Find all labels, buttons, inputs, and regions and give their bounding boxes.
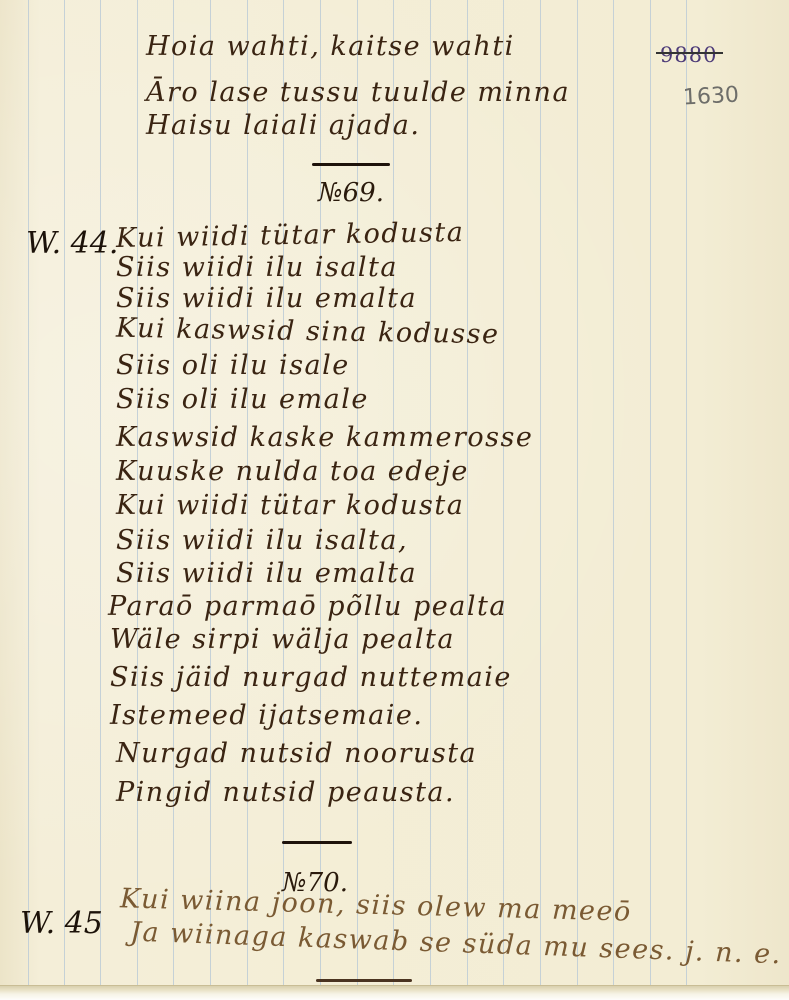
ruled-line [540, 0, 541, 985]
song-number: №69. [318, 178, 384, 208]
song-line: Kuuske nulda toa edeje [116, 458, 469, 485]
ruled-line [28, 0, 29, 985]
song-line: Kui wiidi tütar kodusta [116, 219, 465, 252]
song-line: Siis wiidi ilu isalta, [116, 527, 408, 554]
section-divider [316, 979, 412, 982]
ruled-line [503, 0, 504, 985]
song-line: Pingid nutsid peausta. [116, 779, 455, 806]
ruled-line [577, 0, 578, 985]
manuscript-page: 9880 1630 Hoia wahti, kaitse wahti Āro l… [0, 0, 789, 1000]
song-line: Siis wiidi ilu emalta [116, 560, 417, 587]
song-line: Siis wiidi ilu emalta [116, 285, 417, 312]
song-line: Ja wiinaga kaswab se süda mu sees. j. n.… [130, 919, 782, 969]
song-line: Wäle sirpi wälja pealta [110, 626, 455, 653]
verse-line: Hoia wahti, kaitse wahti [146, 33, 515, 60]
song-line: Kui wiidi tütar kodusta [116, 492, 464, 519]
ruled-line [686, 0, 687, 985]
song-line: Istemeed ijatsemaie. [110, 702, 423, 729]
song-line: Kaswsid kaske kammerosse [116, 424, 533, 451]
song-line: Siis jäid nurgad nuttemaie [110, 664, 512, 691]
ruled-line [650, 0, 651, 985]
song-line: Nurgad nutsid noorusta [116, 740, 477, 767]
page-bottom-edge [0, 985, 789, 1000]
ruled-line [467, 0, 468, 985]
strikethrough [656, 52, 723, 54]
song-line: Paraō parmaō põllu pealta [108, 593, 507, 620]
catalog-number-new: 1630 [682, 83, 739, 111]
song-line: Kui kaswsid sina kodusse [116, 315, 500, 349]
verse-line: Haisu laiali ajada. [146, 112, 420, 139]
song-line: Siis oli ilu emale [116, 386, 369, 413]
verse-line: Āro lase tussu tuulde minna [146, 79, 570, 106]
margin-reference: W. 45 [20, 906, 103, 941]
catalog-number-old-text: 9880 [660, 43, 717, 67]
section-divider [282, 841, 352, 844]
section-divider [312, 163, 390, 166]
song-line: Siis oli ilu isale [116, 352, 350, 379]
ruled-line [64, 0, 65, 985]
margin-reference: W. 44. [26, 226, 118, 261]
ruled-line [100, 0, 101, 985]
song-line: Siis wiidi ilu isalta [116, 254, 398, 281]
ruled-line [613, 0, 614, 985]
catalog-number-old: 9880 [660, 43, 717, 67]
